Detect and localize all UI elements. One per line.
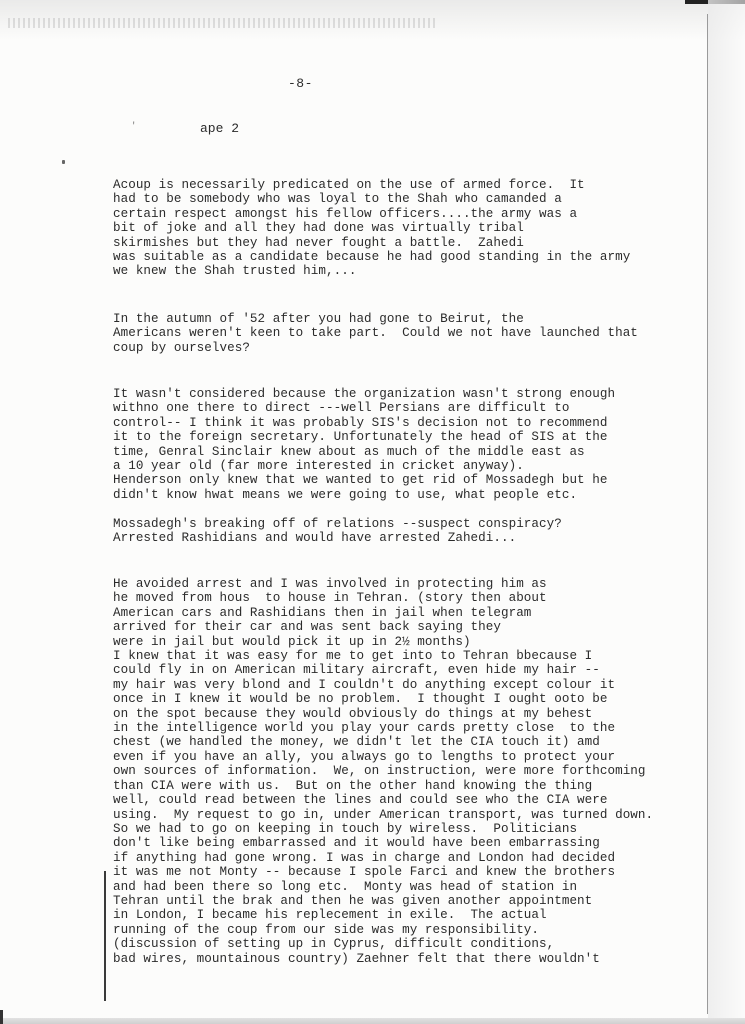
page-number: -8- [288,76,313,91]
text-line: had to be somebody who was loyal to the … [113,192,630,206]
text-line: running of the coup from our side was my… [113,923,653,937]
text-line: could fly in on American military aircra… [113,663,653,677]
text-line: control-- I think it was probably SIS's … [113,416,615,430]
text-line: it to the foreign secretary. Unfortunate… [113,430,615,444]
scanned-page: -8- ' ape 2 Acoup is necessarily predica… [0,0,745,1024]
text-line: and had been there so long etc. Monty wa… [113,880,653,894]
page-edge-bottom [0,1018,745,1024]
text-line: were in jail but would pick it up in 2½ … [113,635,653,649]
text-line: Arrested Rashidians and would have arres… [113,531,562,545]
text-line: (discussion of setting up in Cyprus, dif… [113,937,653,951]
paragraph-avoided-arrest: He avoided arrest and I was involved in … [113,577,653,966]
paragraph-coup-armed-force: Acoup is necessarily predicated on the u… [113,178,630,279]
text-line: withno one there to direct ---well Persi… [113,401,615,415]
text-line: chest (we handled the money, we didn't l… [113,735,653,749]
paragraph-mossadegh-relations: Mossadegh's breaking off of relations --… [113,517,562,546]
text-line: American cars and Rashidians then in jai… [113,606,653,620]
text-line: my hair was very blond and I couldn't do… [113,678,653,692]
text-line: He avoided arrest and I was involved in … [113,577,653,591]
text-line: own sources of information. We, on instr… [113,764,653,778]
text-line: skirmishes but they had never fought a b… [113,236,630,250]
text-line: didn't know hwat means we were going to … [113,488,615,502]
scan-shadow-right [708,0,745,1024]
text-line: we knew the Shah trusted him,... [113,264,630,278]
text-line: on the spot because they would obviously… [113,707,653,721]
paragraph-question-autumn-52: In the autumn of '52 after you had gone … [113,312,638,355]
page-edge-right [707,14,708,1014]
text-line: I knew that it was easy for me to get in… [113,649,653,663]
text-line: he moved from hous to house in Tehran. (… [113,591,653,605]
scan-noise [8,18,438,28]
text-line: Henderson only knew that we wanted to ge… [113,473,615,487]
text-line: coup by ourselves? [113,341,638,355]
text-line: In the autumn of '52 after you had gone … [113,312,638,326]
stray-mark [62,160,65,164]
text-line: if anything had gone wrong. I was in cha… [113,851,653,865]
text-line: a 10 year old (far more interested in cr… [113,459,615,473]
margin-line-annotation [104,871,106,1001]
text-line: in London, I became his replecement in e… [113,908,653,922]
text-line: don't like being embarrassed and it woul… [113,836,653,850]
text-line: So we had to go on keeping in touch by w… [113,822,653,836]
text-line: was suitable as a candidate because he h… [113,250,630,264]
text-line: Mossadegh's breaking off of relations --… [113,517,562,531]
text-line: using. My request to go in, under Americ… [113,808,653,822]
tick-mark: ' [131,121,136,131]
text-line: certain respect amongst his fellow offic… [113,207,630,221]
text-line: time, Genral Sinclair knew about as much… [113,445,615,459]
text-line: well, could read between the lines and c… [113,793,653,807]
text-line: even if you have an ally, you always go … [113,750,653,764]
text-line: once in I knew it would be no problem. I… [113,692,653,706]
text-line: It wasn't considered because the organiz… [113,387,615,401]
text-line: than CIA were with us. But on the other … [113,779,653,793]
text-line: Acoup is necessarily predicated on the u… [113,178,630,192]
page-edge-left [0,1010,3,1024]
text-line: in the intelligence world you play your … [113,721,653,735]
text-line: arrived for their car and was sent back … [113,620,653,634]
text-line: it was me not Monty -- because I spole F… [113,865,653,879]
text-line: bit of joke and all they had done was vi… [113,221,630,235]
paragraph-sis-decision: It wasn't considered because the organiz… [113,387,615,502]
text-line: bad wires, mountainous country) Zaehner … [113,952,653,966]
tape-label: ape 2 [200,121,239,136]
text-line: Americans weren't keen to take part. Cou… [113,326,638,340]
text-line: Tehran until the brak and then he was gi… [113,894,653,908]
